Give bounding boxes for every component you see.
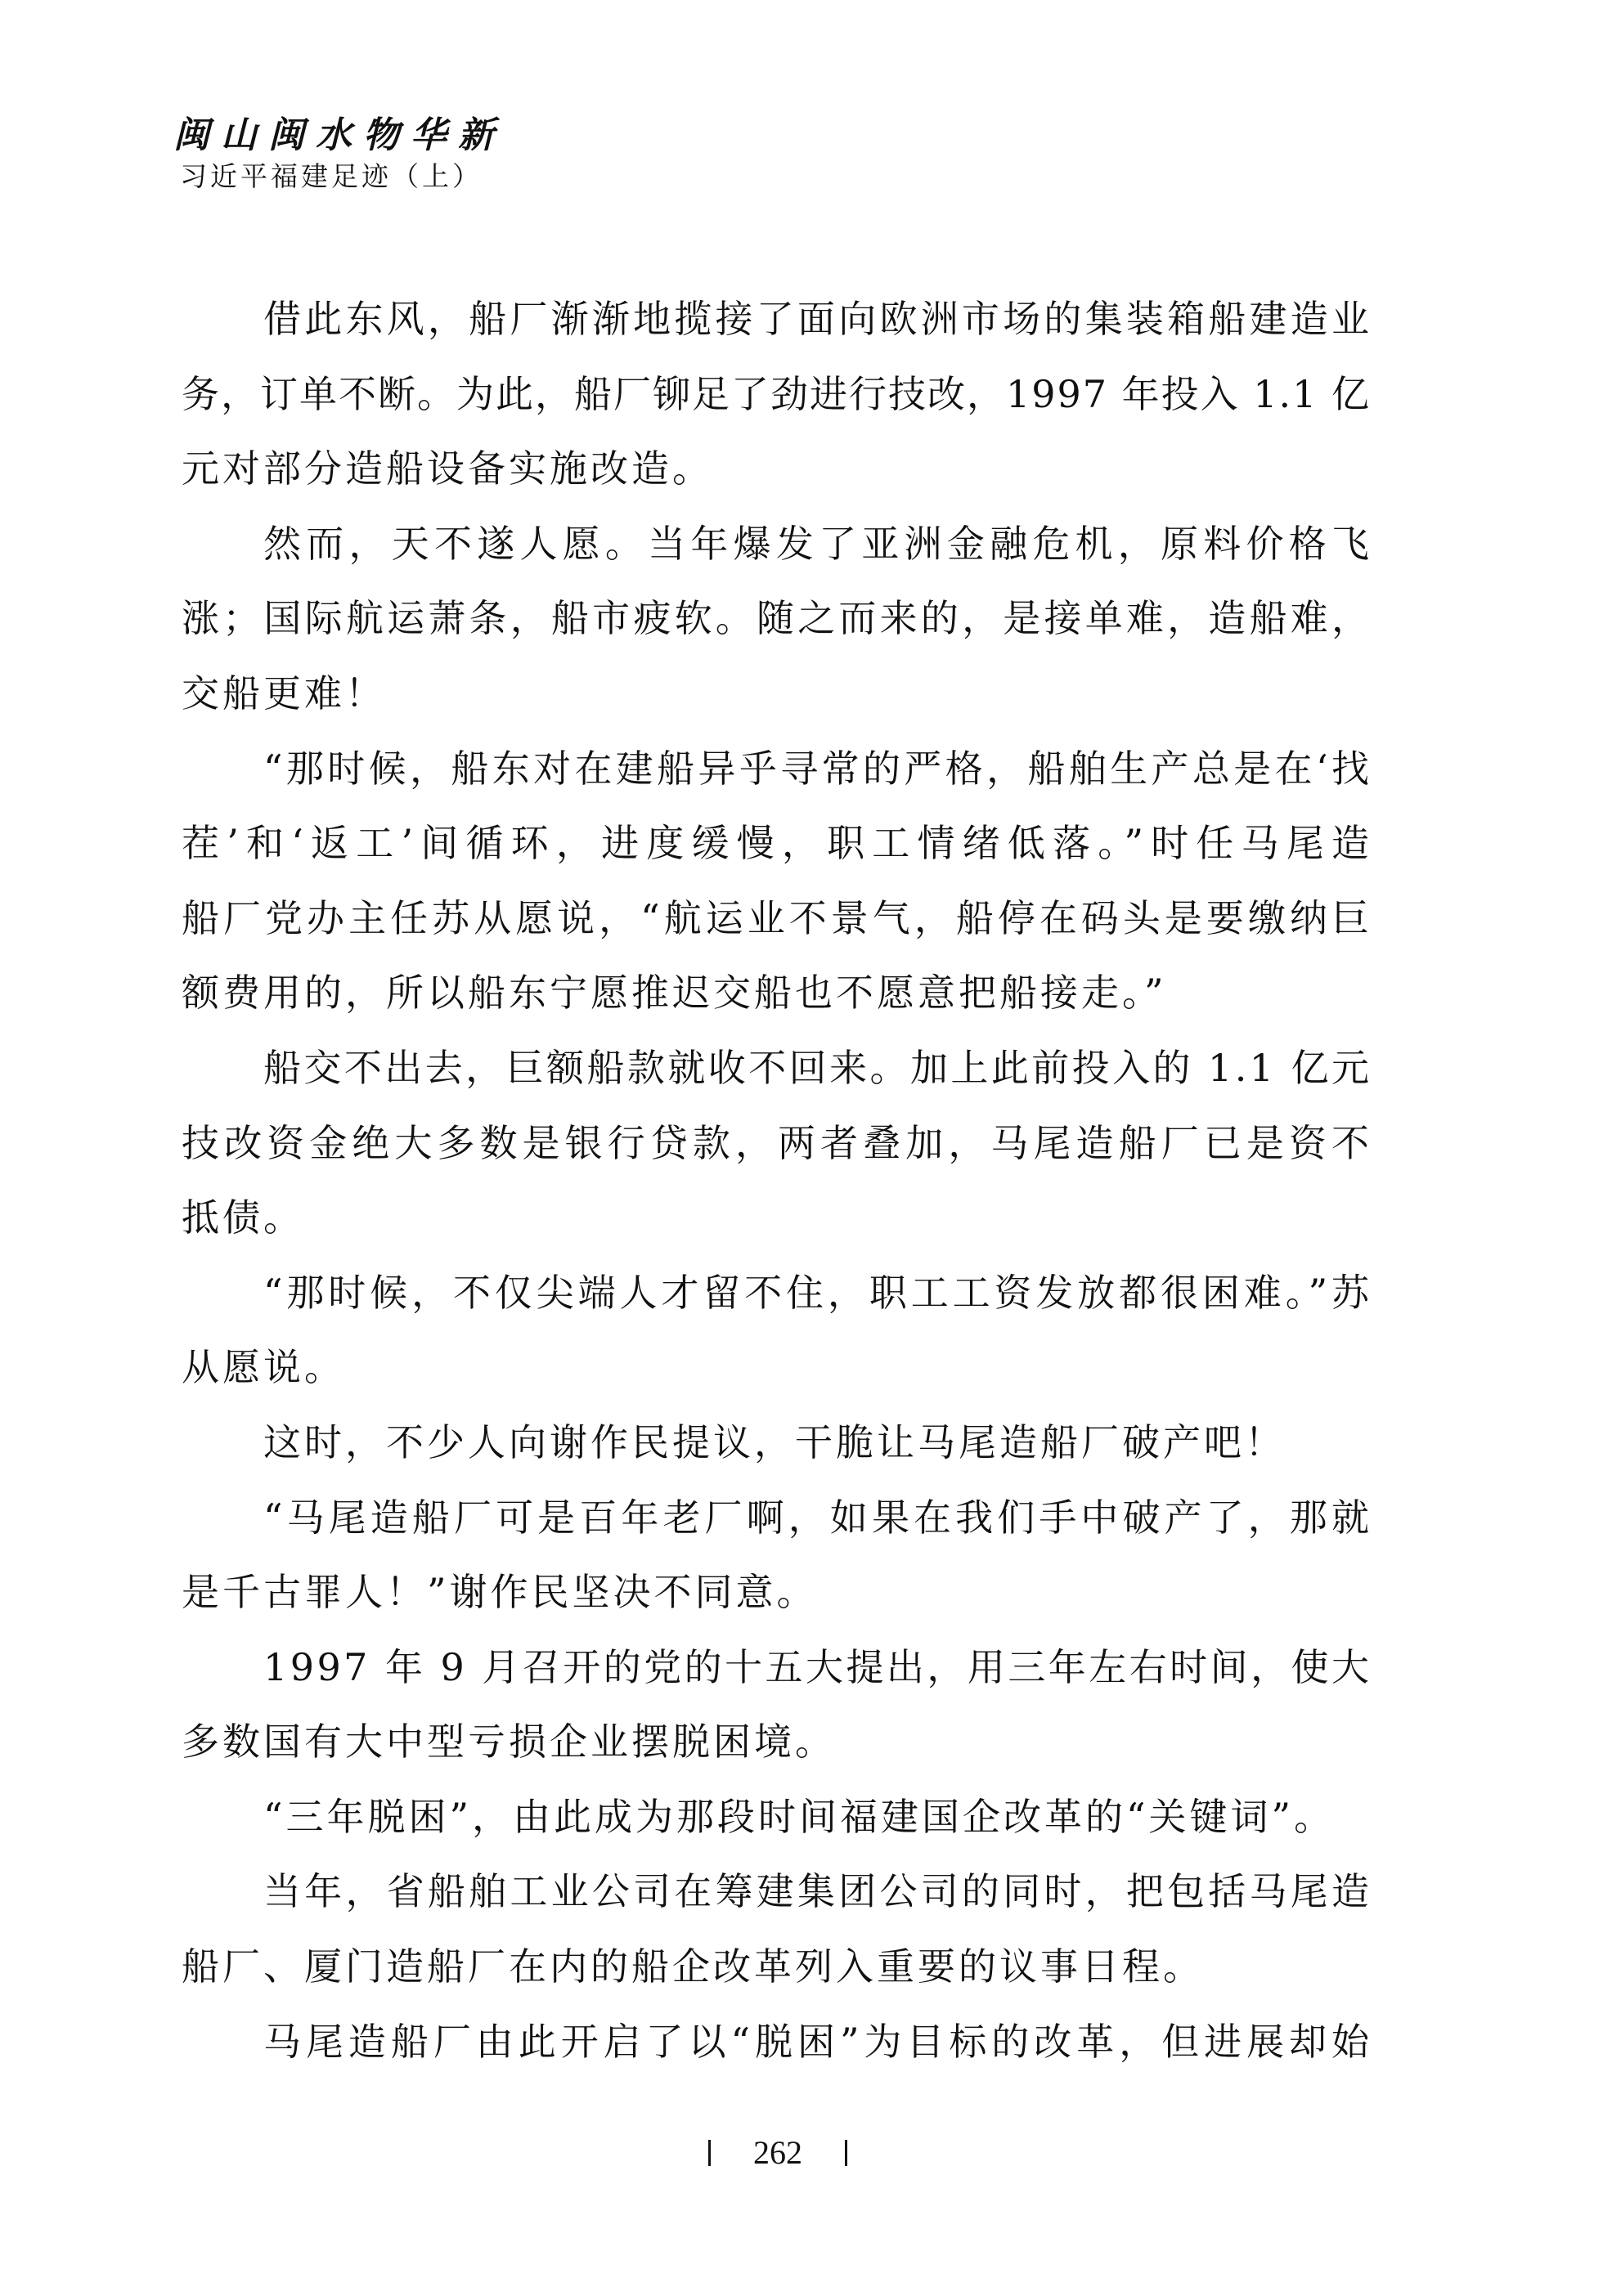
- text-line: 额费用的，所以船东宁愿推迟交船也不愿意把船接走。”: [182, 968, 1369, 1043]
- text-line: 船厂、厦门造船厂在内的船企改革列入重要的议事日程。: [182, 1942, 1369, 2017]
- body-text: 借此东风，船厂渐渐地揽接了面向欧洲市场的集装箱船建造业 务，订单不断。为此，船厂…: [182, 294, 1369, 2092]
- text-line: “那时候，船东对在建船异乎寻常的严格，船舶生产总是在‘找: [182, 744, 1369, 819]
- text-line: 交船更难！: [182, 669, 1369, 744]
- book-subtitle: 习近平福建足迹（上）: [180, 159, 505, 195]
- page-footer: 262: [708, 2132, 847, 2173]
- text-line: “那时候，不仅尖端人才留不住，职工工资发放都很困难。”苏: [182, 1268, 1369, 1343]
- text-line: “三年脱困”，由此成为那段时间福建国企改革的“关键词”。: [182, 1792, 1369, 1868]
- text-line: 抵债。: [182, 1193, 1369, 1268]
- text-line: 技改资金绝大多数是银行贷款，两者叠加，马尾造船厂已是资不: [182, 1119, 1369, 1194]
- text-line: 涨；国际航运萧条，船市疲软。随之而来的，是接单难，造船难，: [182, 594, 1369, 669]
- running-header: 闽山闽水物华新 习近平福建足迹（上）: [173, 113, 505, 195]
- text-line: 多数国有大中型亏损企业摆脱困境。: [182, 1717, 1369, 1792]
- text-line: “马尾造船厂可是百年老厂啊，如果在我们手中破产了，那就: [182, 1493, 1369, 1568]
- footer-left-bar: [708, 2140, 711, 2166]
- text-line: 1997 年 9 月召开的党的十五大提出，用三年左右时间，使大: [182, 1643, 1369, 1718]
- text-line: 这时，不少人向谢作民提议，干脆让马尾造船厂破产吧！: [182, 1418, 1369, 1493]
- text-line: 元对部分造船设备实施改造。: [182, 444, 1369, 519]
- text-line: 船厂党办主任苏从愿说，“航运业不景气，船停在码头是要缴纳巨: [182, 894, 1369, 969]
- text-line: 茬’和‘返工’间循环，进度缓慢，职工情绪低落。”时任马尾造: [182, 818, 1369, 894]
- text-line: 船交不出去，巨额船款就收不回来。加上此前投入的 1.1 亿元: [182, 1043, 1369, 1119]
- text-line: 当年，省船舶工业公司在筹建集团公司的同时，把包括马尾造: [182, 1867, 1369, 1942]
- text-line: 马尾造船厂由此开启了以“脱困”为目标的改革，但进展却始: [182, 2017, 1369, 2092]
- footer-right-bar: [845, 2140, 847, 2166]
- text-line: 务，订单不断。为此，船厂铆足了劲进行技改，1997 年投入 1.1 亿: [182, 370, 1369, 445]
- text-line: 然而，天不遂人愿。当年爆发了亚洲金融危机，原料价格飞: [182, 519, 1369, 594]
- text-line: 是千古罪人！”谢作民坚决不同意。: [182, 1567, 1369, 1643]
- book-title: 闽山闽水物华新: [173, 113, 505, 159]
- page-number: 262: [753, 2132, 802, 2173]
- text-line: 从愿说。: [182, 1343, 1369, 1418]
- text-line: 借此东风，船厂渐渐地揽接了面向欧洲市场的集装箱船建造业: [182, 294, 1369, 370]
